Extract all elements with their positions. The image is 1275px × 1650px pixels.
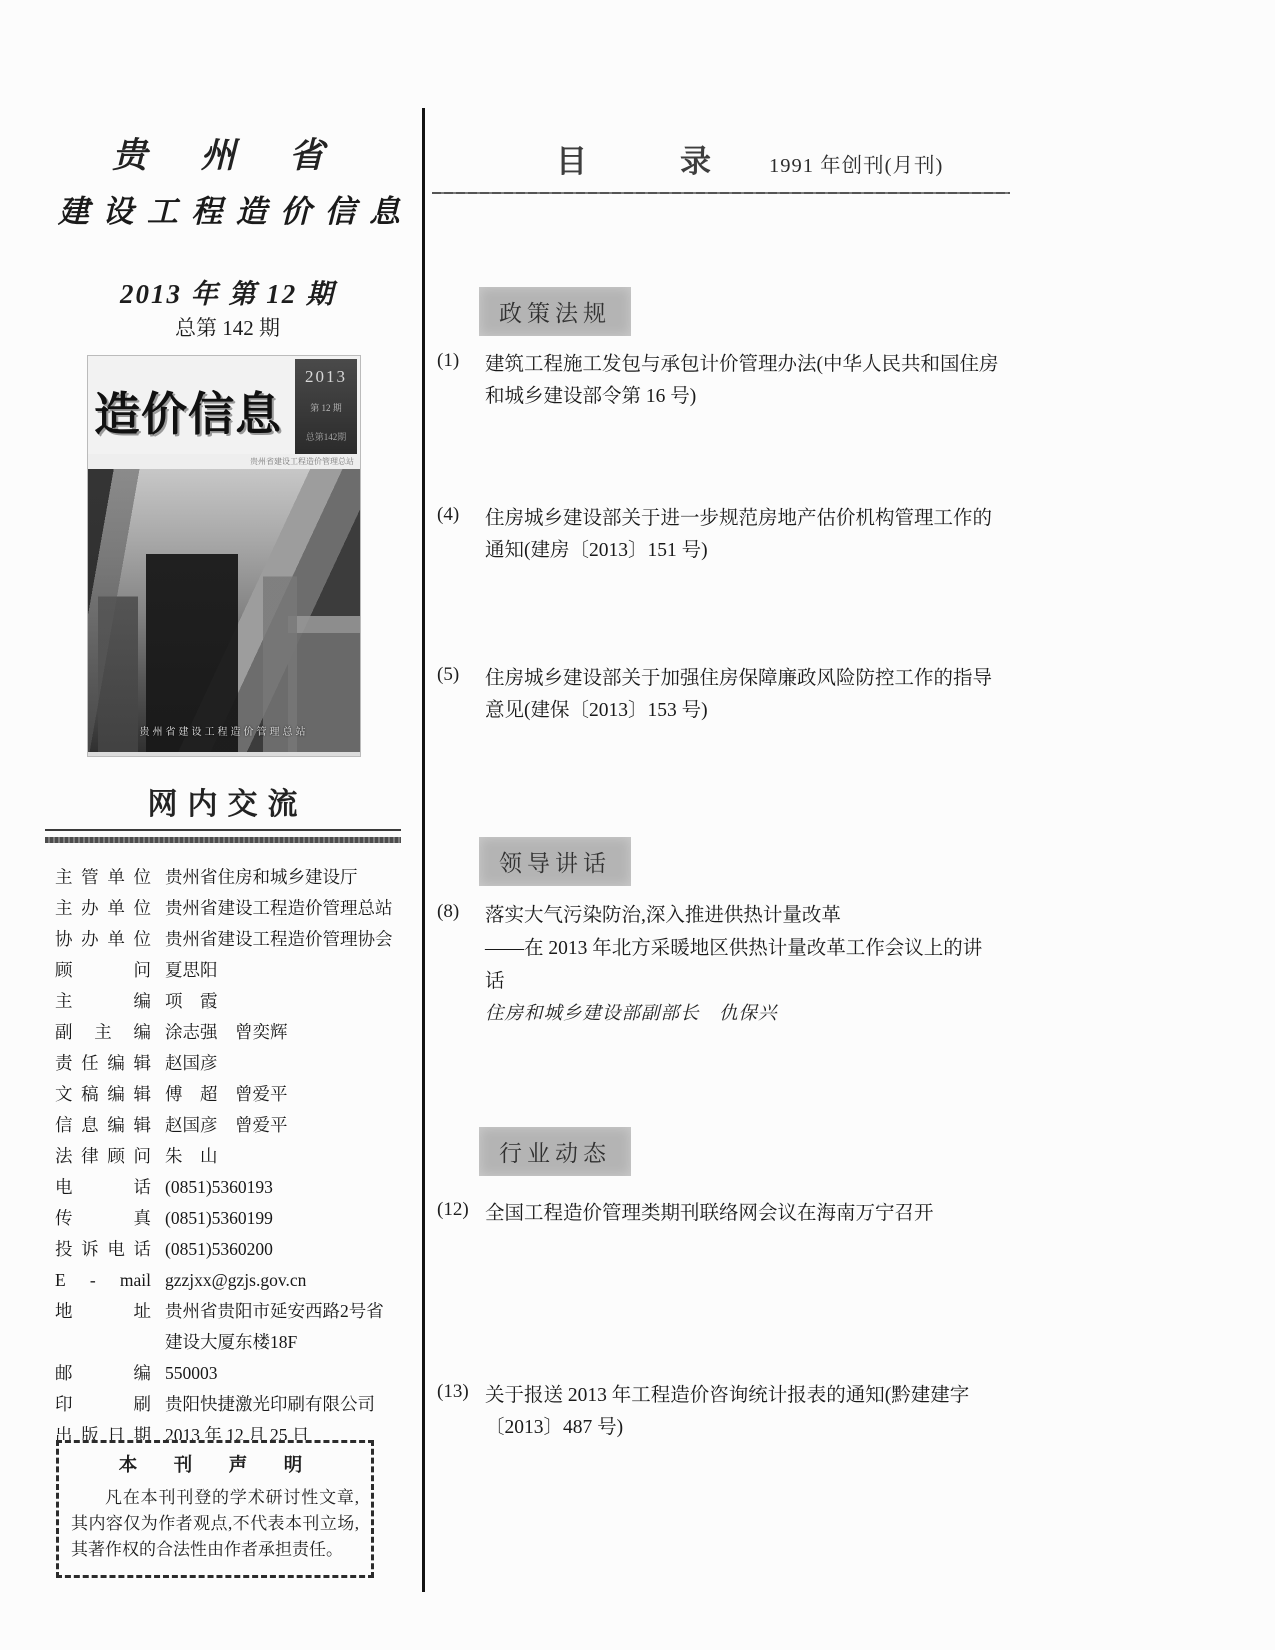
info-row: 文稿编辑傅 超 曾爱平: [55, 1079, 401, 1110]
info-row: 主管单位贵州省住房和城乡建设厅: [55, 862, 401, 893]
toc-item: (1) 建筑工程施工发包与承包计价管理办法(中华人民共和国住房和城乡建设部令第 …: [437, 349, 1009, 413]
toc-item: (12) 全国工程造价管理类期刊联络网会议在海南万宁召开: [437, 1198, 1009, 1230]
info-value: 贵州省建设工程造价管理协会: [165, 924, 401, 955]
info-label: 电话: [55, 1172, 151, 1203]
column-divider: [422, 108, 425, 1592]
info-value: 550003: [165, 1358, 401, 1389]
info-label: 主管单位: [55, 862, 151, 893]
cover-photo-caption: 贵州省建设工程造价管理总站: [88, 723, 360, 738]
item-text: 住房城乡建设部关于加强住房保障廉政风险防控工作的指导意见(建保〔2013〕153…: [485, 668, 992, 721]
notice-title: 本 刊 声 明: [71, 1451, 359, 1477]
toc-header: 目 录 1991 年创刊(月刊): [556, 136, 943, 181]
item-number: (13): [437, 1380, 485, 1444]
section-chip-policy: 政策法规: [479, 287, 631, 336]
item-text: 全国工程造价管理类期刊联络网会议在海南万宁召开: [485, 1203, 934, 1224]
toc-item: (5) 住房城乡建设部关于加强住房保障廉政风险防控工作的指导意见(建保〔2013…: [437, 663, 1009, 727]
section-chip-industry: 行业动态: [479, 1127, 631, 1176]
item-text: 建筑工程施工发包与承包计价管理办法(中华人民共和国住房和城乡建设部令第 16 号…: [485, 354, 999, 407]
info-row: 印刷贵阳快捷激光印刷有限公司: [55, 1389, 401, 1420]
issue-number: 2013 年 第 12 期: [55, 272, 400, 311]
cover-city-photo: 贵州省建设工程造价管理总站: [88, 469, 360, 752]
masthead-province: 贵州省: [112, 128, 324, 178]
item-number: (12): [437, 1198, 485, 1230]
rule-thick: [45, 837, 401, 843]
item-number: (5): [437, 663, 485, 727]
item-number: (8): [437, 900, 485, 1031]
exchange-heading: 网内交流: [55, 779, 400, 823]
info-value: 涂志强 曾奕辉: [165, 1017, 401, 1048]
info-value: (0851)5360199: [165, 1203, 401, 1234]
info-label: 责任编辑: [55, 1048, 151, 1079]
info-label: 协办单位: [55, 924, 151, 955]
info-value: gzzjxx@gzjs.gov.cn: [165, 1265, 401, 1296]
notice-box: 本 刊 声 明 凡在本刊刊登的学术研讨性文章,其内容仅为作者观点,不代表本刊立场…: [56, 1440, 374, 1578]
cover-total-label: 总第142期: [306, 430, 347, 443]
toc-item: (8) 落实大气污染防治,深入推进供热计量改革 ——在 2013 年北方采暖地区…: [437, 900, 1009, 1031]
item-text: 关于报送 2013 年工程造价咨询统计报表的通知(黔建建字〔2013〕487 号…: [485, 1385, 969, 1438]
info-row: E - mailgzzjxx@gzjs.gov.cn: [55, 1265, 401, 1296]
info-label: 投诉电话: [55, 1234, 151, 1265]
rule-thin: [45, 829, 401, 831]
cover-title: 造价信息: [88, 356, 295, 454]
item-text: 住房城乡建设部关于进一步规范房地产估价机构管理工作的通知(建房〔2013〕151…: [485, 508, 992, 561]
cover-issue-label: 第 12 期: [310, 401, 342, 414]
info-label: E - mail: [55, 1265, 151, 1296]
toc-item: (4) 住房城乡建设部关于进一步规范房地产估价机构管理工作的通知(建房〔2013…: [437, 503, 1009, 567]
info-row: 法律顾问朱 山: [55, 1141, 401, 1172]
info-value: 夏思阳: [165, 955, 401, 986]
info-value: 朱 山: [165, 1141, 401, 1172]
total-issue-number: 总第 142 期: [55, 312, 400, 342]
founded-label: 1991 年创刊(月刊): [769, 148, 943, 178]
item-subtitle: ——在 2013 年北方采暖地区供热计量改革工作会议上的讲话: [485, 932, 1001, 998]
info-row: 顾问夏思阳: [55, 955, 401, 986]
info-label: 地址: [55, 1296, 151, 1358]
info-value: 贵州省住房和城乡建设厅: [165, 862, 401, 893]
info-label: 法律顾问: [55, 1141, 151, 1172]
cover-issue-box: 2013 第 12 期 总第142期: [295, 359, 357, 454]
info-row: 责任编辑赵国彦: [55, 1048, 401, 1079]
masthead-info-list: 主管单位贵州省住房和城乡建设厅 主办单位贵州省建设工程造价管理总站 协办单位贵州…: [55, 862, 401, 1451]
journal-toc-page: 贵州省 建设工程造价信息 2013 年 第 12 期 总第 142 期 造价信息…: [0, 0, 1275, 1650]
info-value: (0851)5360200: [165, 1234, 401, 1265]
info-label: 印刷: [55, 1389, 151, 1420]
info-row: 副主编涂志强 曾奕辉: [55, 1017, 401, 1048]
item-number: (4): [437, 503, 485, 567]
info-value: 赵国彦: [165, 1048, 401, 1079]
info-row: 传真(0851)5360199: [55, 1203, 401, 1234]
info-value: 傅 超 曾爱平: [165, 1079, 401, 1110]
cover-year: 2013: [305, 367, 347, 387]
info-value: 贵阳快捷激光印刷有限公司: [165, 1389, 401, 1420]
info-label: 顾问: [55, 955, 151, 986]
info-value: (0851)5360193: [165, 1172, 401, 1203]
info-value: 贵州省贵阳市延安西路2号省建设大厦东楼18F: [165, 1296, 401, 1358]
info-row: 信息编辑赵国彦 曾爱平: [55, 1110, 401, 1141]
info-label: 主办单位: [55, 893, 151, 924]
cover-title-band: 造价信息 2013 第 12 期 总第142期: [88, 356, 360, 454]
item-text: 落实大气污染防治,深入推进供热计量改革: [485, 900, 1001, 932]
info-label: 传真: [55, 1203, 151, 1234]
info-row: 主办单位贵州省建设工程造价管理总站: [55, 893, 401, 924]
info-row: 主编项 霞: [55, 986, 401, 1017]
info-label: 副主编: [55, 1017, 151, 1048]
info-value: 项 霞: [165, 986, 401, 1017]
cover-thumbnail: 造价信息 2013 第 12 期 总第142期 贵州省建设工程造价管理总站 贵州…: [88, 356, 360, 756]
item-author: 住房和城乡建设部副部长 仇保兴: [485, 998, 1001, 1031]
toc-title: 目 录: [556, 136, 711, 181]
toc-header-rule: [432, 192, 1010, 194]
info-label: 信息编辑: [55, 1110, 151, 1141]
notice-body: 凡在本刊刊登的学术研讨性文章,其内容仅为作者观点,不代表本刊立场,其著作权的合法…: [71, 1485, 359, 1563]
info-row: 协办单位贵州省建设工程造价管理协会: [55, 924, 401, 955]
info-row: 电话(0851)5360193: [55, 1172, 401, 1203]
info-label: 主编: [55, 986, 151, 1017]
info-value: 贵州省建设工程造价管理总站: [165, 893, 401, 924]
info-value: 赵国彦 曾爱平: [165, 1110, 401, 1141]
info-label: 邮编: [55, 1358, 151, 1389]
info-row: 投诉电话(0851)5360200: [55, 1234, 401, 1265]
info-label: 文稿编辑: [55, 1079, 151, 1110]
info-row: 地址贵州省贵阳市延安西路2号省建设大厦东楼18F: [55, 1296, 401, 1358]
item-number: (1): [437, 349, 485, 413]
cover-publisher-caption: 贵州省建设工程造价管理总站: [88, 454, 360, 469]
info-row: 邮编550003: [55, 1358, 401, 1389]
toc-item: (13) 关于报送 2013 年工程造价咨询统计报表的通知(黔建建字〔2013〕…: [437, 1380, 1009, 1444]
section-chip-speech: 领导讲话: [479, 837, 631, 886]
journal-name: 建设工程造价信息: [58, 186, 400, 231]
